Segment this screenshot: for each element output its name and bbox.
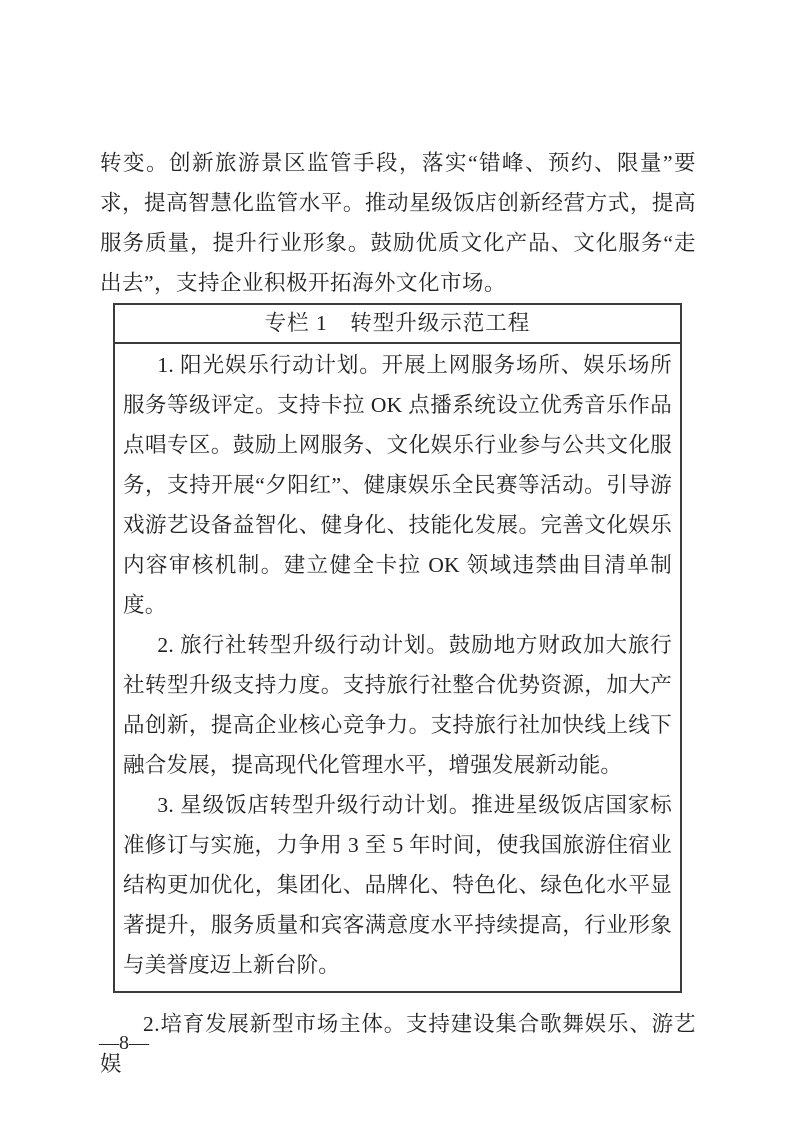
feature-box-item-3: 3. 星级饭店转型升级行动计划。推进星级饭店国家标准修订与实施，力争用 3 至 … [123, 785, 672, 985]
feature-box-title: 专栏 1 转型升级示范工程 [115, 305, 680, 344]
page-number: —8— [99, 1032, 149, 1055]
feature-box-item-1: 1. 阳光娱乐行动计划。开展上网服务场所、娱乐场所服务等级评定。支持卡拉 OK … [123, 345, 672, 625]
document-page: 转变。创新旅游景区监管手段，落实“错峰、预约、限量”要求，提高智慧化监管水平。推… [0, 0, 793, 1122]
intro-paragraph: 转变。创新旅游景区监管手段，落实“错峰、预约、限量”要求，提高智慧化监管水平。推… [100, 143, 696, 303]
feature-box: 专栏 1 转型升级示范工程 1. 阳光娱乐行动计划。开展上网服务场所、娱乐场所服… [113, 303, 682, 993]
feature-box-body: 1. 阳光娱乐行动计划。开展上网服务场所、娱乐场所服务等级评定。支持卡拉 OK … [115, 344, 680, 991]
feature-box-item-2: 2. 旅行社转型升级行动计划。鼓励地方财政加大旅行社转型升级支持力度。支持旅行社… [123, 625, 672, 785]
closing-paragraph: 2.培育发展新型市场主体。支持建设集合歌舞娱乐、游艺娱 [100, 1004, 696, 1084]
page-content: 转变。创新旅游景区监管手段，落实“错峰、预约、限量”要求，提高智慧化监管水平。推… [100, 143, 696, 1084]
